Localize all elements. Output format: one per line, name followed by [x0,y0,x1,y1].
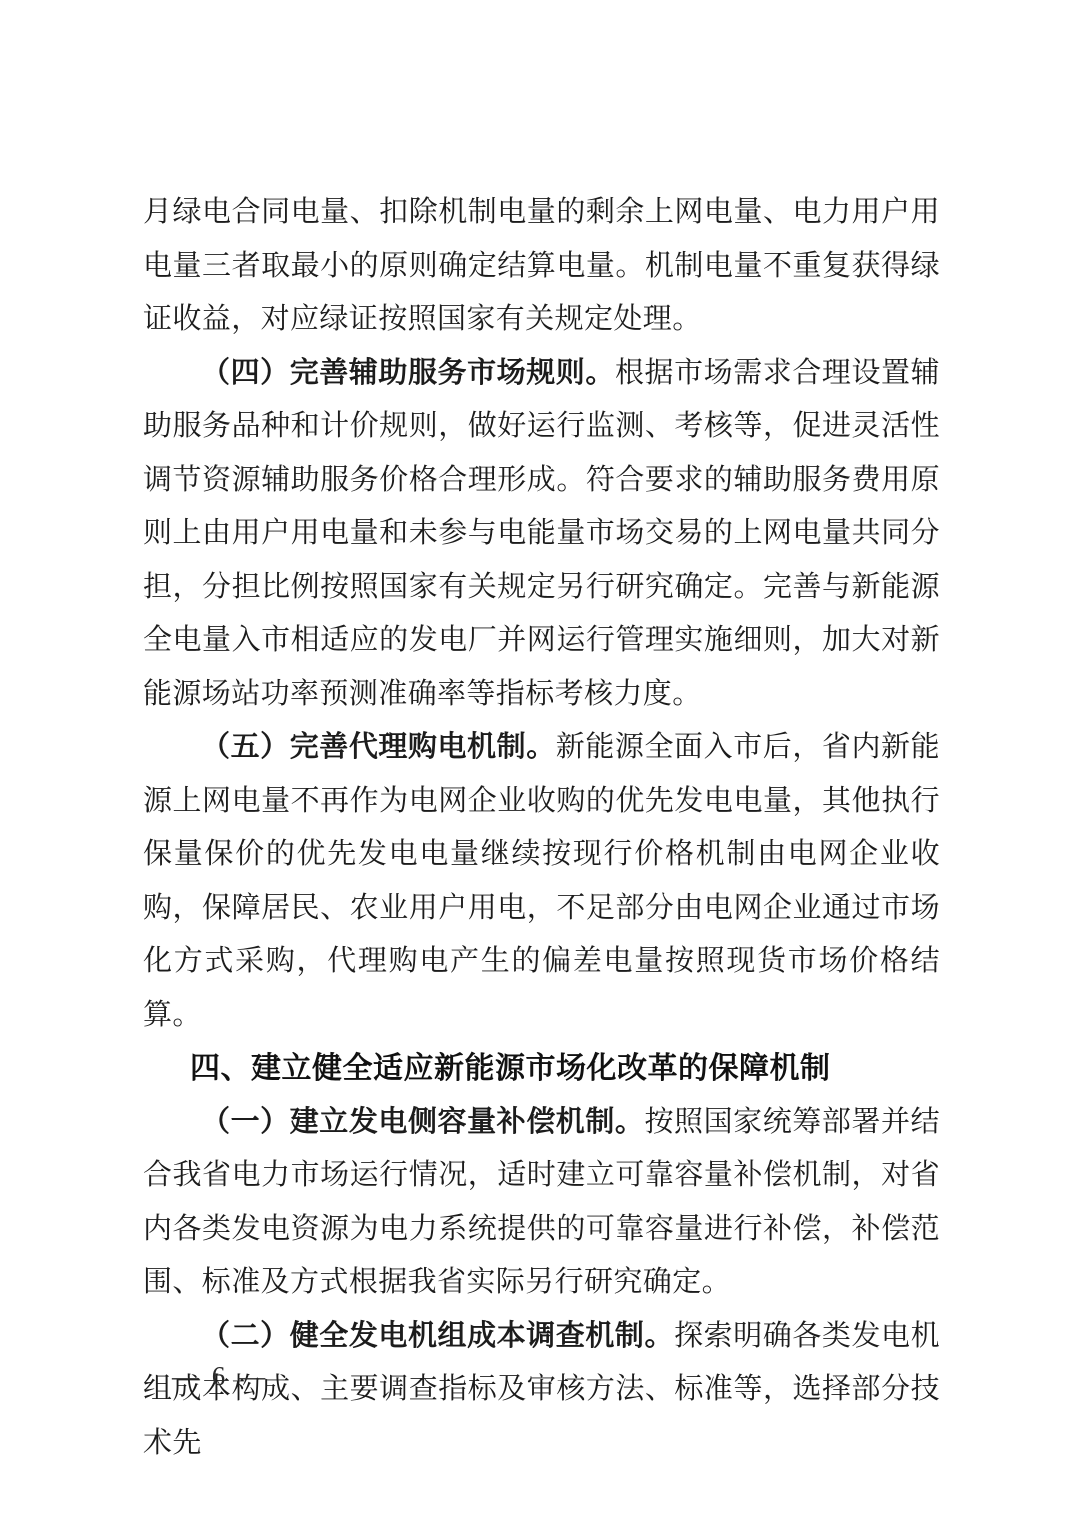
page-number: — 6 — [172,1360,268,1392]
paragraph-item-5-text: 新能源全面入市后，省内新能源上网电量不再作为电网企业收购的优先发电电量，其他执行… [143,731,940,1031]
document-body: 月绿电合同电量、扣除机制电量的剩余上网电量、电力用户用电量三者取最小的原则确定结… [143,186,940,1470]
paragraph-item-4-text: 根据市场需求合理设置辅助服务品种和计价规则，做好运行监测、考核等，促进灵活性调节… [143,357,940,710]
paragraph-item-5-lead: （五）完善代理购电机制。 [201,731,556,763]
paragraph-item-4-lead: （四）完善辅助服务市场规则。 [201,357,615,389]
paragraph-item-1-lead: （一）建立发电侧容量补偿机制。 [201,1106,644,1138]
document-viewport: { "document": { "paragraphs": [ { "lead"… [0,0,1080,1527]
paragraph-continuation: 月绿电合同电量、扣除机制电量的剩余上网电量、电力用户用电量三者取最小的原则确定结… [143,186,940,347]
paragraph-item-2-lead: （二）健全发电机组成本调查机制。 [201,1320,674,1352]
paragraph-item-4: （四）完善辅助服务市场规则。根据市场需求合理设置辅助服务品种和计价规则，做好运行… [143,347,940,722]
paragraph-item-1: （一）建立发电侧容量补偿机制。按照国家统筹部署并结合我省电力市场运行情况，适时建… [143,1096,940,1310]
paragraph-item-5: （五）完善代理购电机制。新能源全面入市后，省内新能源上网电量不再作为电网企业收购… [143,721,940,1042]
document-page: 月绿电合同电量、扣除机制电量的剩余上网电量、电力用户用电量三者取最小的原则确定结… [0,0,1080,1527]
section-heading: 四、建立健全适应新能源市场化改革的保障机制 [143,1042,940,1096]
